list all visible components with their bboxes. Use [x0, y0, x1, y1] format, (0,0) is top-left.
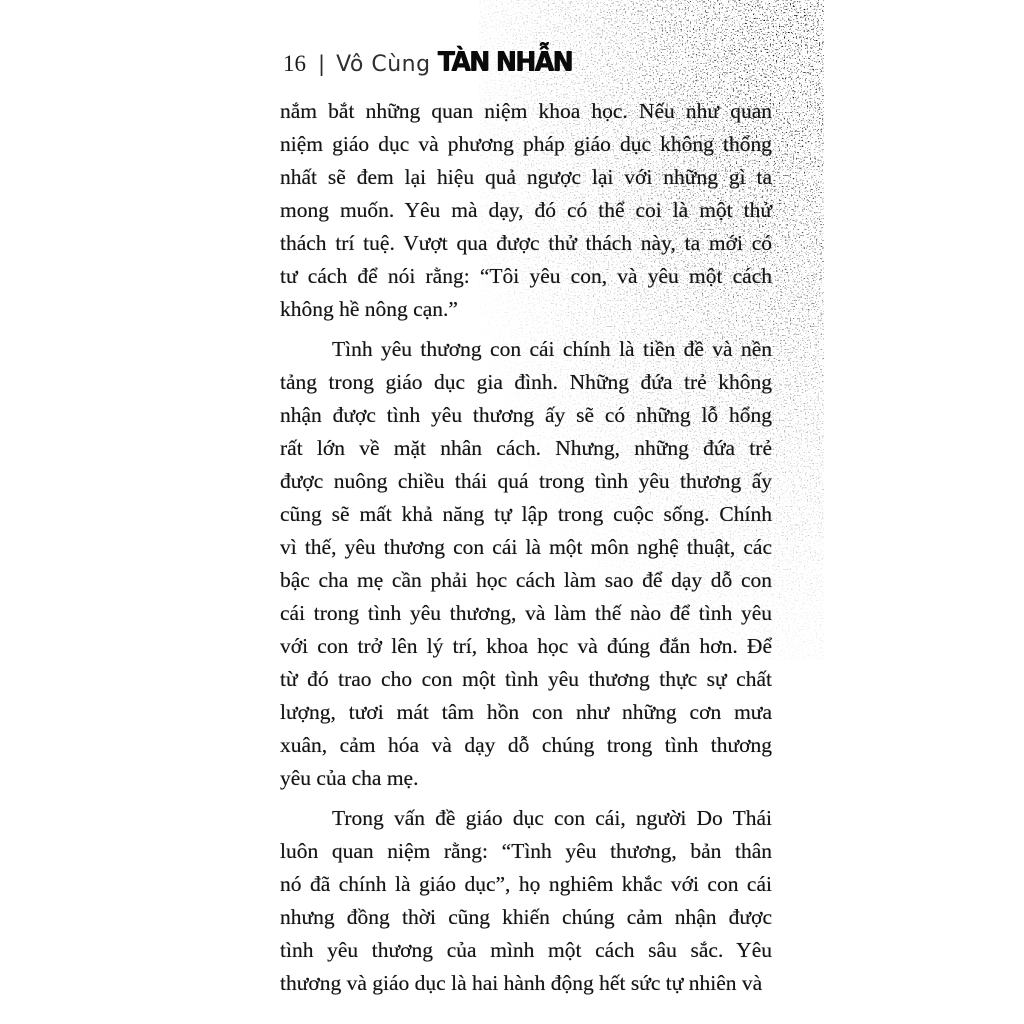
text-line: Trong vấn đề giáo dục con cái, người Do …	[280, 802, 772, 835]
text-line: vì thế, yêu thương con cái là một môn ng…	[280, 531, 772, 564]
text-line: nhưng đồng thời cũng khiến chúng cảm nhậ…	[280, 901, 772, 934]
text-line: nắm bắt những quan niệm khoa học. Nếu nh…	[280, 95, 772, 128]
text-line: bậc cha mẹ cần phải học cách làm sao để …	[280, 564, 772, 597]
text-line: nhất sẽ đem lại hiệu quả ngược lại với n…	[280, 161, 772, 194]
text-line: niệm giáo dục và phương pháp giáo dục kh…	[280, 128, 772, 161]
text-line: lượng, tươi mát tâm hồn con như những cơ…	[280, 696, 772, 729]
page-header: 16 | Vô Cùng TÀN NHẪN	[283, 48, 572, 77]
text-line: thách trí tuệ. Vượt qua được thử thách n…	[280, 227, 772, 260]
paragraph: Trong vấn đề giáo dục con cái, người Do …	[280, 802, 772, 1000]
text-line: luôn quan niệm rằng: “Tình yêu thương, b…	[280, 835, 772, 868]
text-line: cũng sẽ mất khả năng tự lập trong cuộc s…	[280, 498, 772, 531]
text-line: nó đã chính là giáo dục”, họ nghiêm khắc…	[280, 868, 772, 901]
paragraph: nắm bắt những quan niệm khoa học. Nếu nh…	[280, 95, 772, 326]
text-line: tảng trong giáo dục gia đình. Những đứa …	[280, 366, 772, 399]
text-line: nhận được tình yêu thương ấy sẽ có những…	[280, 399, 772, 432]
book-title-script: Vô Cùng	[336, 52, 431, 77]
text-line: yêu của cha mẹ.	[280, 762, 772, 795]
text-line: mong muốn. Yêu mà dạy, đó có thể coi là …	[280, 194, 772, 227]
page-number: 16	[283, 51, 306, 77]
text-line: cái trong tình yêu thương, và làm thế nà…	[280, 597, 772, 630]
paragraph: Tình yêu thương con cái chính là tiền đề…	[280, 333, 772, 795]
text-line: không hề nông cạn.”	[280, 293, 772, 326]
text-line: với con trở lên lý trí, khoa học và đúng…	[280, 630, 772, 663]
book-page: 16 | Vô Cùng TÀN NHẪN nắm bắt những quan…	[0, 0, 1024, 1024]
text-line: Tình yêu thương con cái chính là tiền đề…	[280, 333, 772, 366]
text-line: từ đó trao cho con một tình yêu thương t…	[280, 663, 772, 696]
text-line: xuân, cảm hóa và dạy dỗ chúng trong tình…	[280, 729, 772, 762]
text-line: thương và giáo dục là hai hành động hết …	[280, 967, 772, 1000]
text-line: rất lớn về mặt nhân cách. Nhưng, những đ…	[280, 432, 772, 465]
text-line: tư cách để nói rằng: “Tôi yêu con, và yê…	[280, 260, 772, 293]
text-line: tình yêu thương của mình một cách sâu sắ…	[280, 934, 772, 967]
book-title-display: TÀN NHẪN	[438, 46, 572, 77]
page-body: nắm bắt những quan niệm khoa học. Nếu nh…	[280, 95, 772, 1000]
text-line: được nuông chiều thái quá trong tình yêu…	[280, 465, 772, 498]
header-divider: |	[318, 52, 325, 76]
